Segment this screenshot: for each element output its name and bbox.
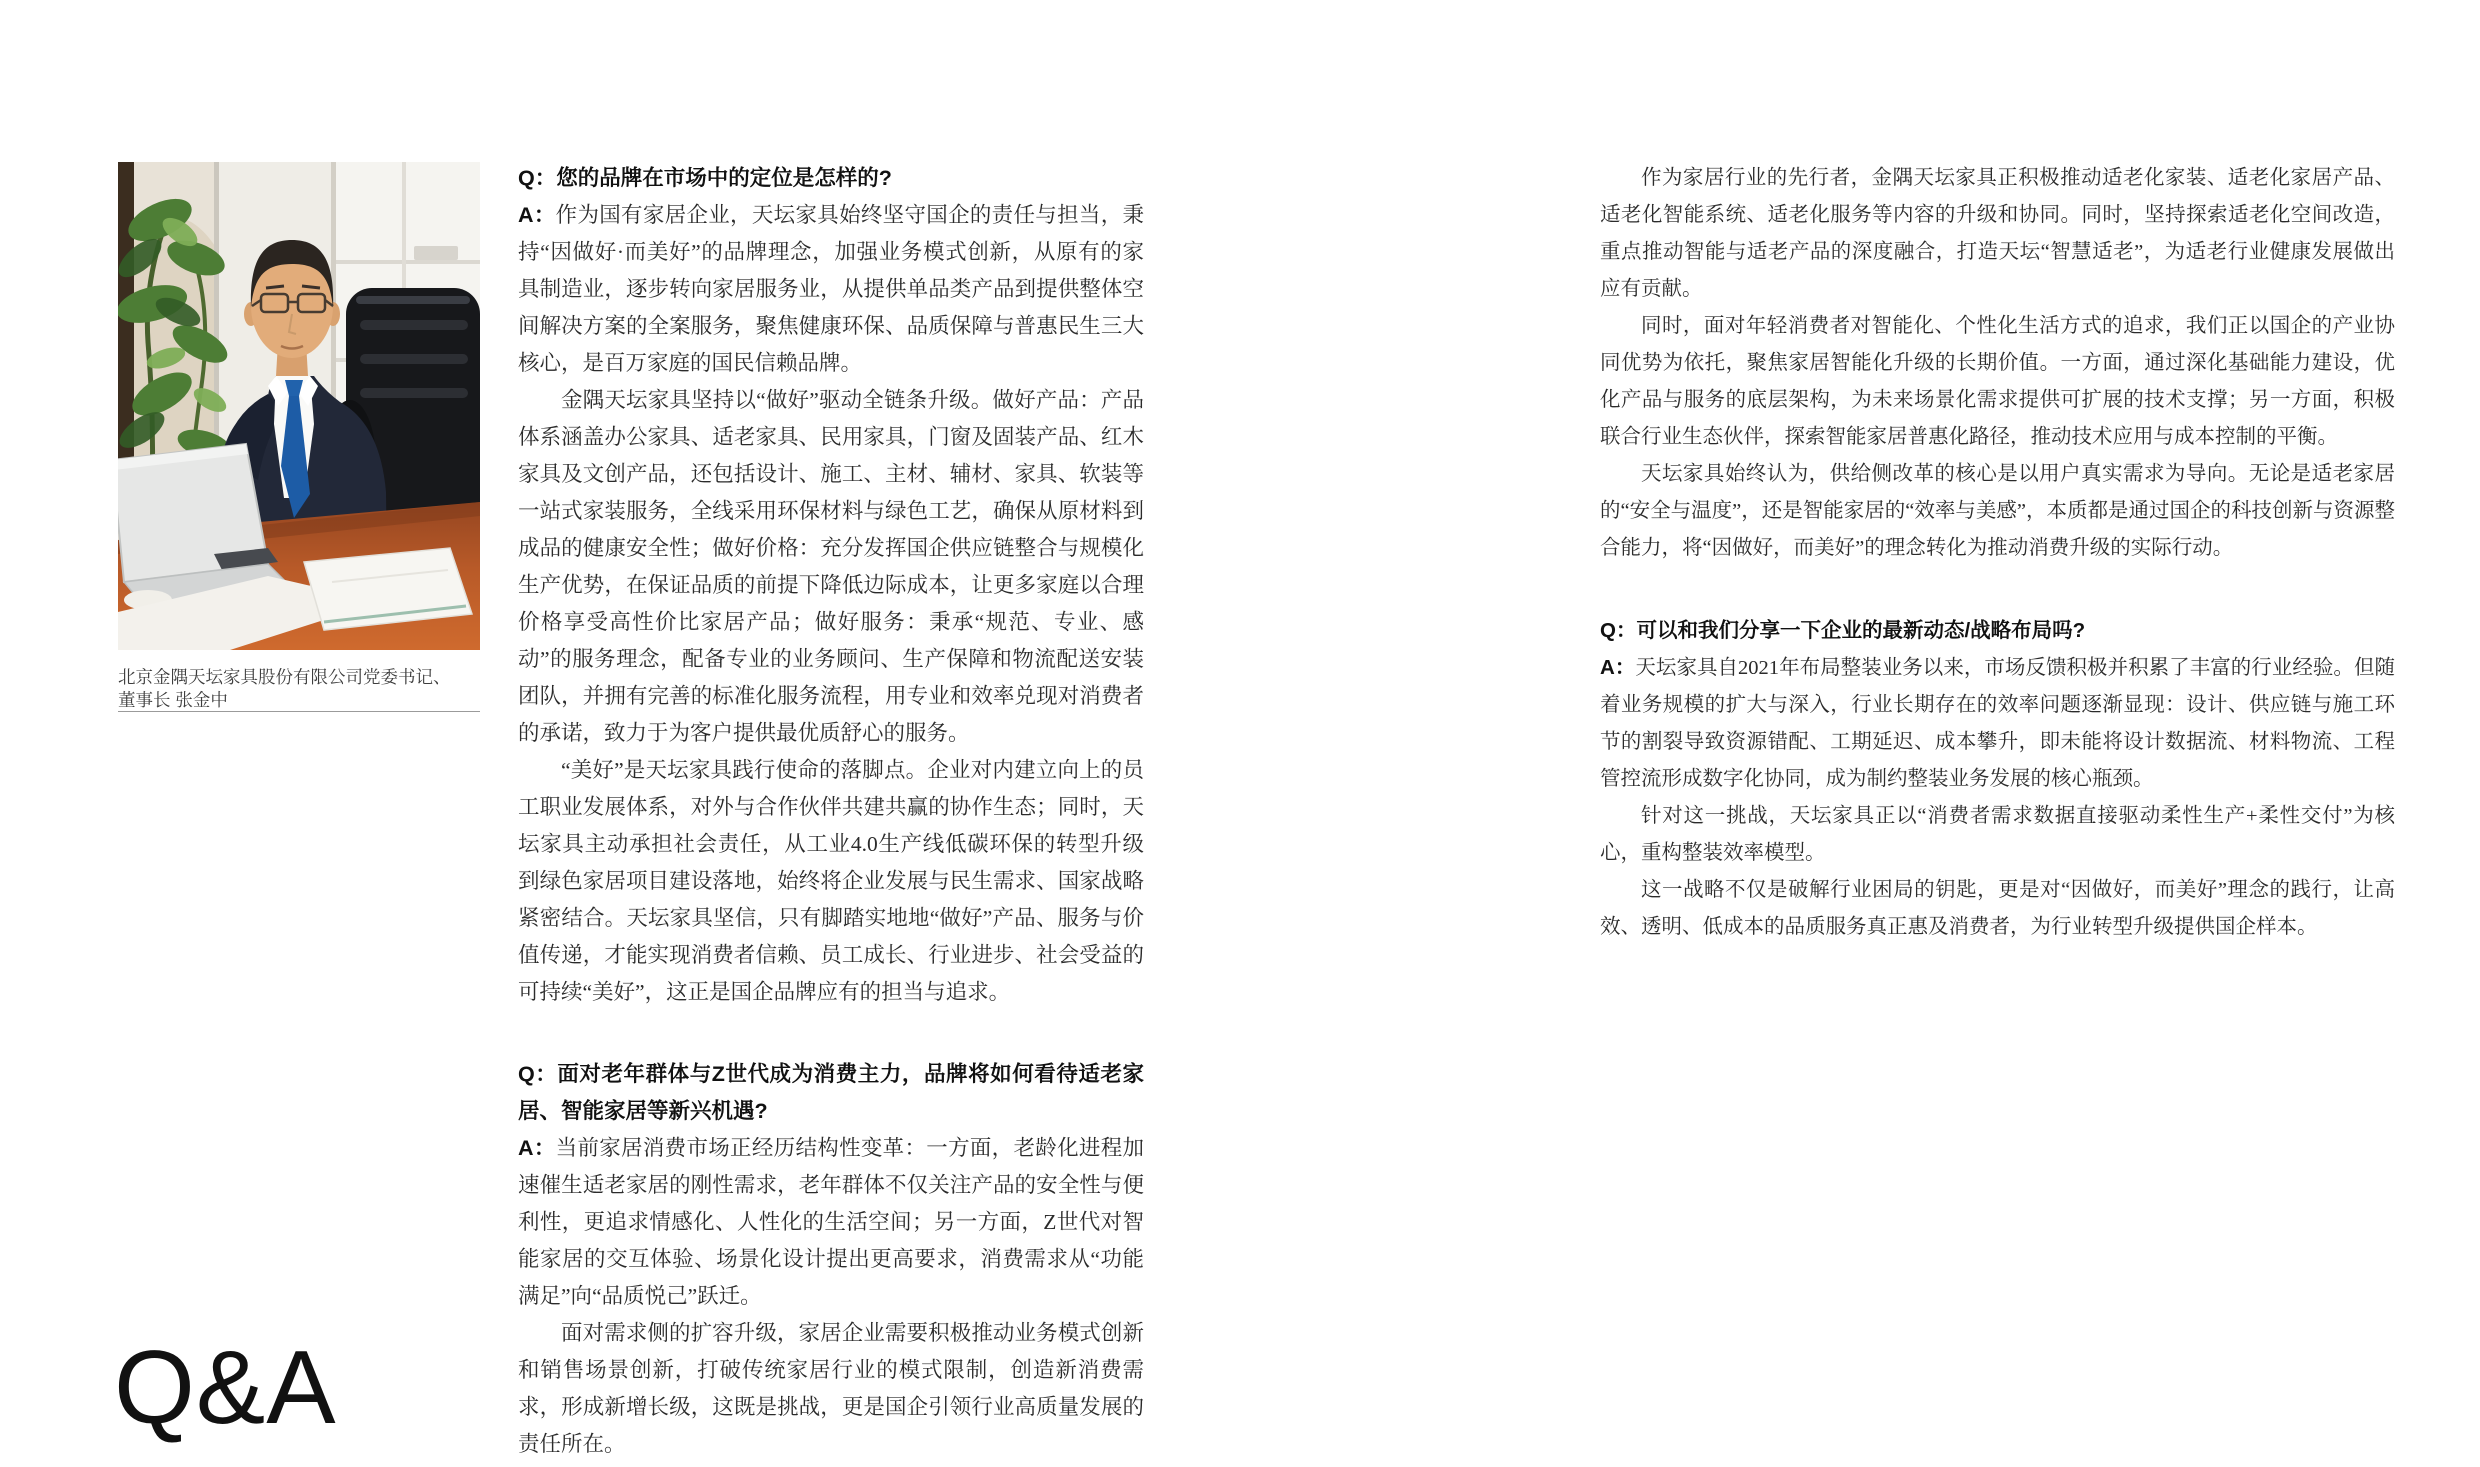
answer-1-prefix: A： — [518, 203, 556, 227]
question-2: Q：面对老年群体与Z世代成为消费主力，品牌将如何看待适老家居、智能家居等新兴机遇… — [518, 1056, 1144, 1130]
answer-1-text: 作为国有家居企业，天坛家具始终坚守国企的责任与担当，秉持“因做好·而美好”的品牌… — [518, 203, 1144, 375]
paragraph-strategy-key: 这一战略不仅是破解行业困局的钥匙，更是对“因做好，而美好”理念的践行，让高效、透… — [1600, 872, 2395, 946]
paragraph-smart-home: 同时，面对年轻消费者对智能化、个性化生活方式的追求，我们正以国企的产业协同优势为… — [1600, 308, 2395, 456]
magazine-spread: 北京金隅天坛家具股份有限公司党委书记、 董事长 张金中 Q&A Q：您的品牌在市… — [0, 0, 2480, 1467]
paragraph-meihao-mission: “美好”是天坛家具践行使命的落脚点。企业对内建立向上的员工职业发展体系，对外与合… — [518, 752, 1144, 1011]
paragraph-demand-side: 面对需求侧的扩容升级，家居企业需要积极推动业务模式创新和销售场景创新，打破传统家… — [518, 1315, 1144, 1463]
answer-1: A：作为国有家居企业，天坛家具始终坚守国企的责任与担当，秉持“因做好·而美好”的… — [518, 197, 1144, 382]
executive-photo-illustration — [118, 162, 480, 650]
photo-caption-line2: 董事长 张金中 — [118, 689, 498, 712]
paragraph-supply-side: 天坛家具始终认为，供给侧改革的核心是以用户真实需求为导向。无论是适老家居的“安全… — [1600, 456, 2395, 567]
section-title-qa: Q&A — [114, 1336, 337, 1440]
interview-column-right: 作为家居行业的先行者，金隅天坛家具正积极推动适老化家装、适老化家居产品、适老化智… — [1600, 160, 2395, 946]
answer-3-prefix: A： — [1600, 656, 1635, 679]
answer-2-text: 当前家居消费市场正经历结构性变革：一方面，老龄化进程加速催生适老家居的刚性需求，… — [518, 1136, 1144, 1308]
caption-divider — [118, 711, 480, 712]
answer-2: A：当前家居消费市场正经历结构性变革：一方面，老龄化进程加速催生适老家居的刚性需… — [518, 1130, 1144, 1315]
paragraph-aging-pioneer: 作为家居行业的先行者，金隅天坛家具正积极推动适老化家装、适老化家居产品、适老化智… — [1600, 160, 2395, 308]
photo-caption-line1: 北京金隅天坛家具股份有限公司党委书记、 — [118, 666, 498, 689]
paragraph-brand-chain: 金隅天坛家具坚持以“做好”驱动全链条升级。做好产品：产品体系涵盖办公家具、适老家… — [518, 382, 1144, 752]
question-1: Q：您的品牌在市场中的定位是怎样的? — [518, 160, 1144, 197]
executive-photo — [118, 162, 480, 650]
answer-2-prefix: A： — [518, 1136, 556, 1160]
paragraph-flexible-production: 针对这一挑战，天坛家具正以“消费者需求数据直接驱动柔性生产+柔性交付”为核心，重… — [1600, 798, 2395, 872]
answer-3: A：天坛家具自2021年布局整装业务以来，市场反馈积极并积累了丰富的行业经验。但… — [1600, 649, 2395, 798]
answer-3-text: 天坛家具自2021年布局整装业务以来，市场反馈积极并积累了丰富的行业经验。但随着… — [1600, 657, 2395, 790]
interview-column-left: Q：您的品牌在市场中的定位是怎样的? A：作为国有家居企业，天坛家具始终坚守国企… — [518, 160, 1144, 1463]
question-3: Q：可以和我们分享一下企业的最新动态/战略布局吗? — [1600, 612, 2395, 649]
photo-caption: 北京金隅天坛家具股份有限公司党委书记、 董事长 张金中 — [118, 666, 498, 712]
